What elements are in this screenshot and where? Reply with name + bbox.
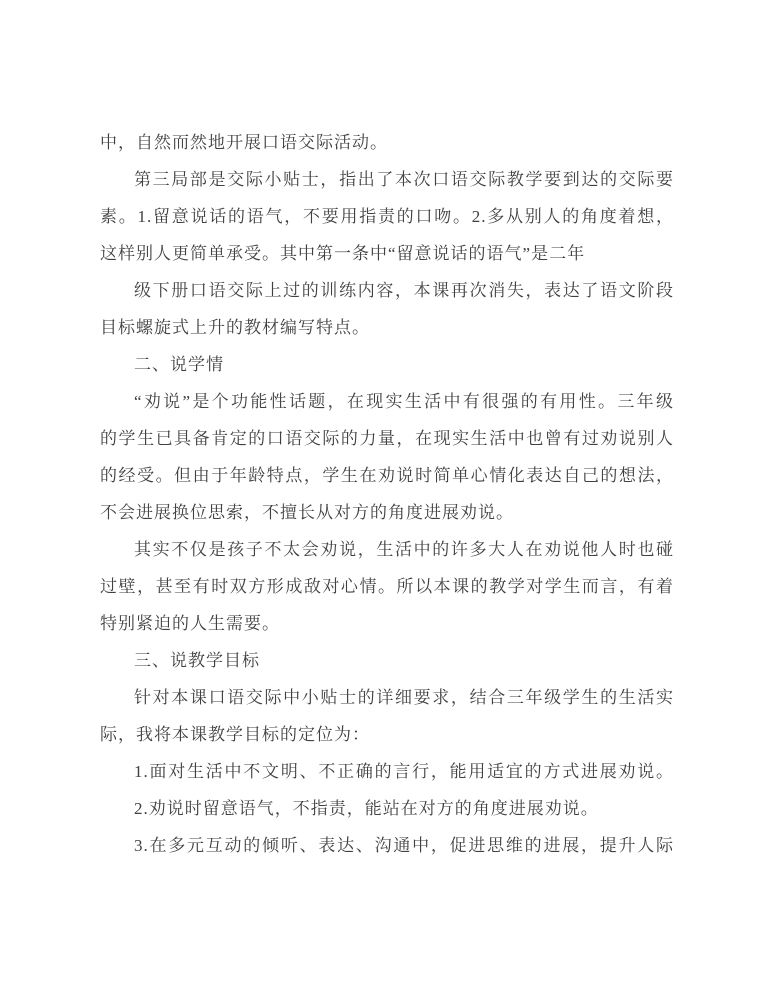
text-line-13: 过壁，甚至有时双方形成敌对心情。所以本课的教学对学生而言，有着 bbox=[100, 568, 674, 605]
text-line-16: 针对本课口语交际中小贴士的详细要求，结合三年级学生的生活实 bbox=[100, 679, 674, 716]
section-heading-jiaoxuemubiao: 三、说教学目标 bbox=[100, 642, 674, 679]
text-line-5: 级下册口语交际上过的训练内容，本课再次消失，表达了语文阶段 bbox=[100, 272, 674, 309]
text-line-12: 其实不仅是孩子不太会劝说，生活中的许多大人在劝说他人时也碰 bbox=[100, 531, 674, 568]
text-line-10: 的经受。但由于年龄特点，学生在劝说时简单心情化表达自己的想法， bbox=[100, 457, 674, 494]
text-line-17: 际，我将本课教学目标的定位为： bbox=[100, 716, 674, 753]
text-line-9: 的学生已具备肯定的口语交际的力量，在现实生活中也曾有过劝说别人 bbox=[100, 420, 674, 457]
goal-item-3: 3.在多元互动的倾听、表达、沟通中，促进思维的进展，提升人际 bbox=[100, 827, 674, 864]
goal-item-1: 1.面对生活中不文明、不正确的言行，能用适宜的方式进展劝说。 bbox=[100, 753, 674, 790]
document-text-block: 中，自然而然地开展口语交际活动。 第三局部是交际小贴士，指出了本次口语交际教学要… bbox=[100, 124, 674, 864]
text-line-11: 不会进展换位思索，不擅长从对方的角度进展劝说。 bbox=[100, 494, 674, 531]
text-line-4: 这样别人更简单承受。其中第一条中“留意说话的语气”是二年 bbox=[100, 235, 674, 272]
goal-item-2: 2.劝说时留意语气，不指责，能站在对方的角度进展劝说。 bbox=[100, 790, 674, 827]
text-line-8: “劝说”是个功能性话题，在现实生活中有很强的有用性。三年级 bbox=[100, 383, 674, 420]
text-line-6: 目标螺旋式上升的教材编写特点。 bbox=[100, 309, 674, 346]
document-page: 中，自然而然地开展口语交际活动。 第三局部是交际小贴士，指出了本次口语交际教学要… bbox=[0, 0, 770, 1000]
text-line-2: 第三局部是交际小贴士，指出了本次口语交际教学要到达的交际要 bbox=[100, 161, 674, 198]
text-line-3: 素。1.留意说话的语气，不要用指责的口吻。2.多从别人的角度着想， bbox=[100, 198, 674, 235]
text-line-14: 特别紧迫的人生需要。 bbox=[100, 605, 674, 642]
text-line-1: 中，自然而然地开展口语交际活动。 bbox=[100, 124, 674, 161]
section-heading-shuoxueqing: 二、说学情 bbox=[100, 346, 674, 383]
